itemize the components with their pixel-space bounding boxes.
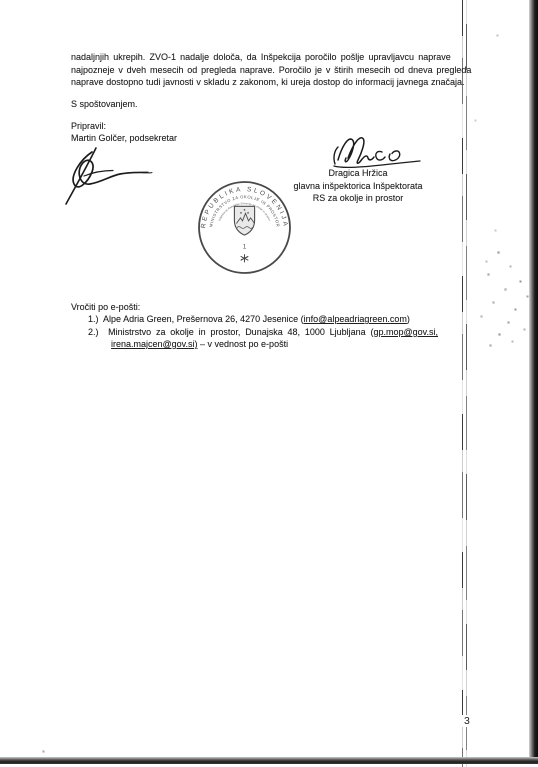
signer-title-line2: RS za okolje in prostor [288,192,428,205]
scan-edge-right [529,0,538,764]
delivery-item-2-line1: 2.) Ministrstvo za okolje in prostor, Du… [88,326,438,339]
stamp-number: 1 [243,245,247,251]
scan-edge-bottom [0,757,538,764]
paragraph-line-1: nadaljnjih ukrepih. ZVO-1 nadalje določa… [71,51,471,64]
stamp-bottom-star-icon [241,254,249,262]
scan-vertical-line-artifact-2 [466,0,467,767]
delivery-item-1-email-link: info@alpeadriagreen.com [304,314,407,324]
coat-of-arms [234,206,254,235]
body-paragraph: nadaljnjih ukrepih. ZVO-1 nadalje določa… [71,51,471,89]
paragraph-line-3: naprave dostopno tudi javnosti v skladu … [71,76,471,89]
scan-vertical-line-artifact [462,0,463,767]
delivery-item-2-email-link-1: gp.mop@gov.si, [373,327,438,337]
delivery-heading: Vročiti po e-pošti: [71,301,140,314]
scan-speckle-noise [0,0,1,1]
delivery-item-2-note: – v vednost po e-pošti [198,339,289,349]
delivery-item-1-number: 1.) [88,314,99,324]
page-number: 3 [462,715,472,727]
paragraph-line-2: najpozneje v dveh mesecih od pregleda na… [71,64,471,77]
delivery-item-2-number: 2.) [88,327,99,337]
signer-title-line1: glavna inšpektorica Inšpektorata [288,180,428,193]
prepared-by-label: Pripravil: [71,120,106,133]
scanned-document-page: nadaljnjih ukrepih. ZVO-1 nadalje določa… [0,0,538,767]
closing-salutation: S spoštovanjem. [71,98,138,111]
delivery-item-2-email-link-2: irena.majcen@gov.si) [111,339,198,349]
signer-name: Dragica Hržica [288,167,428,180]
ministry-round-stamp: REPUBLIKA SLOVENIJA MINISTRSTVO ZA OKOLJ… [197,180,292,275]
delivery-item-1-text: Alpe Adria Green, Prešernova 26, 4270 Je… [103,314,304,324]
delivery-item-2-line2: irena.majcen@gov.si) – v vednost po e-po… [111,338,288,351]
delivery-item-2-text: Ministrstvo za okolje in prostor, Dunajs… [108,327,373,337]
preparer-signature [58,142,153,208]
delivery-item-1: 1.) Alpe Adria Green, Prešernova 26, 427… [88,313,410,326]
delivery-item-1-text-after: ) [407,314,410,324]
